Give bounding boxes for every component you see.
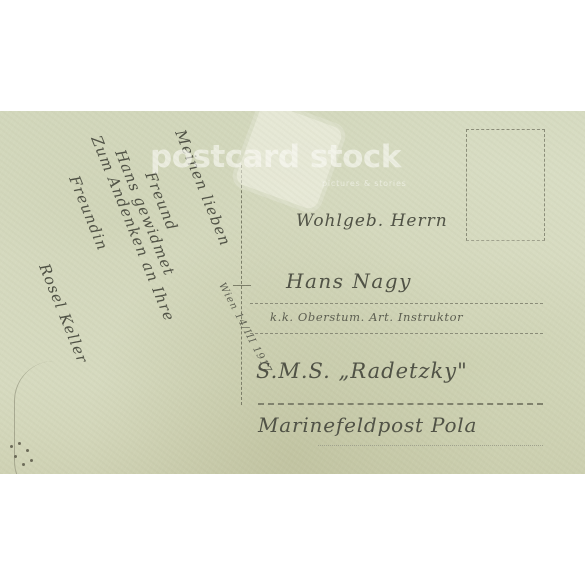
address-line-2 [250, 333, 543, 334]
message-line: Meinen lieben [171, 127, 234, 249]
address-post: Marinefeldpost Pola [258, 413, 477, 437]
stamp-placeholder-box [466, 129, 545, 241]
address-rank: k.k. Oberstum. Art. Instruktor [270, 310, 463, 324]
address-line-4 [318, 445, 543, 446]
address-line-1 [250, 303, 543, 304]
address-ship: S.M.S. „Radetzky" [256, 359, 468, 383]
address-line-3 [258, 403, 543, 405]
ink-spots [8, 441, 38, 471]
watermark-tagline: pictures & stories [322, 179, 407, 188]
signature: Rosel Keller [35, 261, 91, 366]
address-name: Hans Nagy [286, 269, 412, 293]
page: Meinen lieben Freund Hans gewidmet Zum A… [0, 0, 585, 585]
address-salutation: Wohlgeb. Herrn [296, 211, 448, 231]
divider-cross-mark [233, 285, 251, 286]
postcard-back: Meinen lieben Freund Hans gewidmet Zum A… [0, 111, 585, 474]
watermark-stamp-icon [234, 111, 344, 211]
